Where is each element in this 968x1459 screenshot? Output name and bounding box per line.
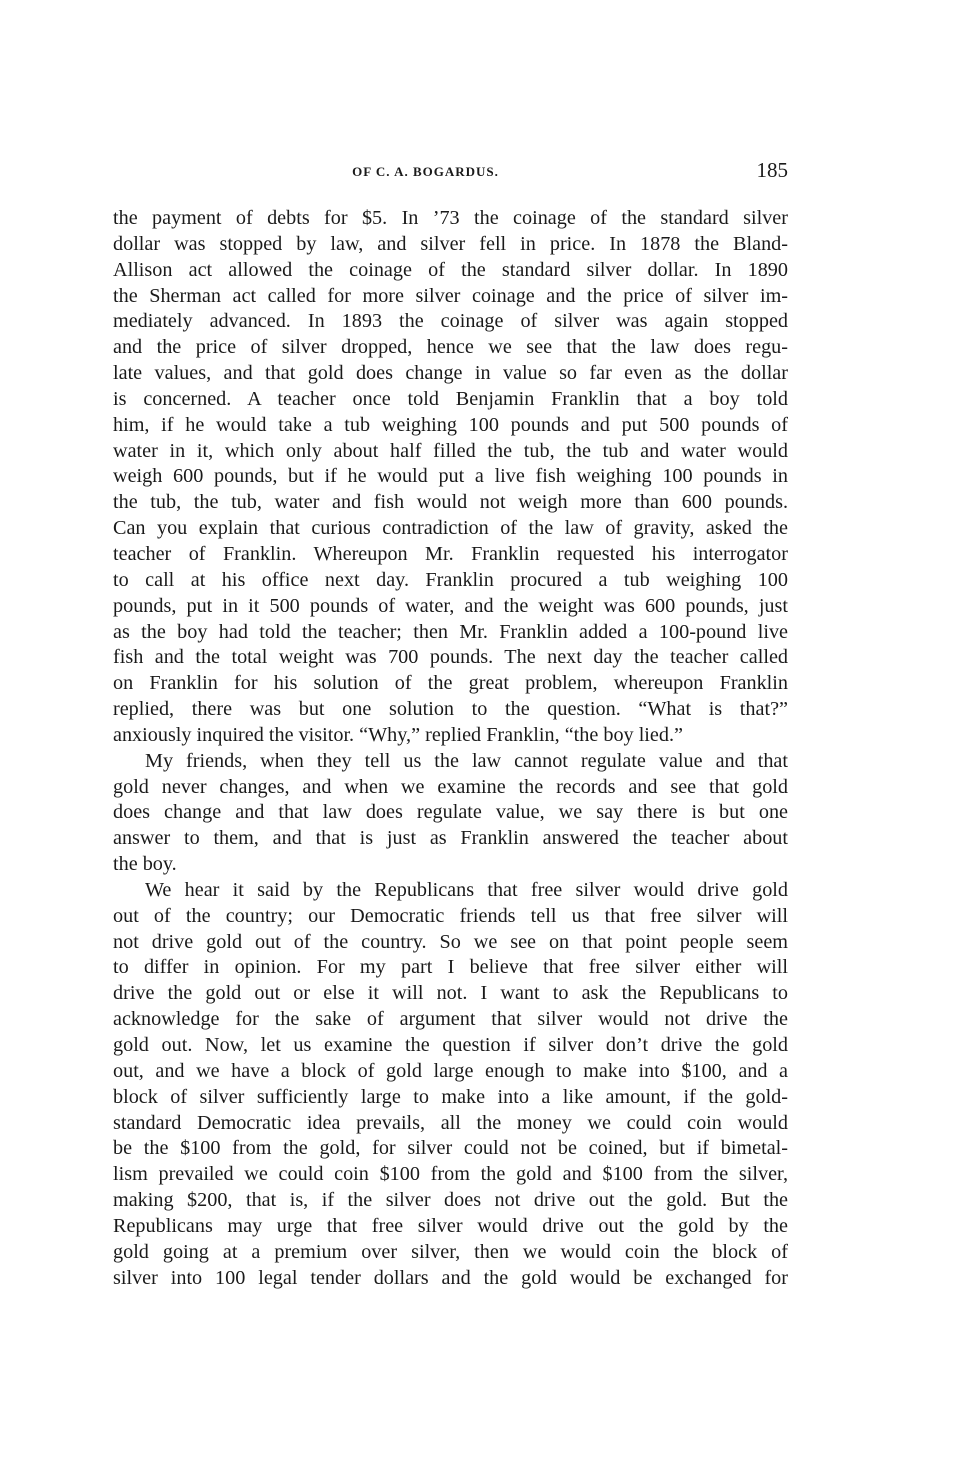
text-line: Republicans may urge that free silver wo…: [113, 1214, 788, 1240]
text-line: making $200, that is, if the silver does…: [113, 1188, 788, 1214]
text-line: him, if he would take a tub weighing 100…: [113, 413, 788, 439]
book-page: OF C. A. BOGARDUS. 185 the payment of de…: [113, 158, 788, 1291]
paragraph: We hear it said by the Republicans that …: [113, 878, 788, 1292]
text-line: and the price of silver dropped, hence w…: [113, 335, 788, 361]
text-line: to differ in opinion. For my part I beli…: [113, 955, 788, 981]
text-line: out, and we have a block of gold large e…: [113, 1059, 788, 1085]
running-title: OF C. A. BOGARDUS.: [113, 164, 788, 180]
text-line: teacher of Franklin. Whereupon Mr. Frank…: [113, 542, 788, 568]
text-line: block of silver sufficiently large to ma…: [113, 1085, 788, 1111]
text-line: out of the country; our Democratic frien…: [113, 904, 788, 930]
text-line: not drive gold out of the country. So we…: [113, 930, 788, 956]
text-line: Allison act allowed the coinage of the s…: [113, 258, 788, 284]
running-head: OF C. A. BOGARDUS. 185: [113, 158, 788, 188]
text-line: the Sherman act called for more silver c…: [113, 284, 788, 310]
text-line: gold going at a premium over silver, the…: [113, 1240, 788, 1266]
text-line: gold never changes, and when we examine …: [113, 775, 788, 801]
text-line: late values, and that gold does change i…: [113, 361, 788, 387]
page-number: 185: [757, 158, 789, 183]
text-line: the boy.: [113, 852, 788, 878]
text-line: the payment of debts for $5. In ’73 the …: [113, 206, 788, 232]
text-line: does change and that law does regulate v…: [113, 800, 788, 826]
text-line: pounds, put in it 500 pounds of water, a…: [113, 594, 788, 620]
text-line: lism prevailed we could coin $100 from t…: [113, 1162, 788, 1188]
body-text: the payment of debts for $5. In ’73 the …: [113, 206, 788, 1291]
text-line: be the $100 from the gold, for silver co…: [113, 1136, 788, 1162]
text-line: Can you explain that curious contradicti…: [113, 516, 788, 542]
text-line: to call at his office next day. Franklin…: [113, 568, 788, 594]
text-line: water in it, which only about half fille…: [113, 439, 788, 465]
text-line: is concerned. A teacher once told Benjam…: [113, 387, 788, 413]
text-line: fish and the total weight was 700 pounds…: [113, 645, 788, 671]
text-line: gold out. Now, let us examine the questi…: [113, 1033, 788, 1059]
text-line: My friends, when they tell us the law ca…: [113, 749, 788, 775]
text-line: anxiously inquired the visitor. “Why,” r…: [113, 723, 788, 749]
text-line: We hear it said by the Republicans that …: [113, 878, 788, 904]
text-line: standard Democratic idea prevails, all t…: [113, 1111, 788, 1137]
text-line: on Franklin for his solution of the grea…: [113, 671, 788, 697]
text-line: drive the gold out or else it will not. …: [113, 981, 788, 1007]
text-line: mediately advanced. In 1893 the coinage …: [113, 309, 788, 335]
paragraph: My friends, when they tell us the law ca…: [113, 749, 788, 878]
text-line: the tub, the tub, water and fish would n…: [113, 490, 788, 516]
text-line: acknowledge for the sake of argument tha…: [113, 1007, 788, 1033]
paragraph: the payment of debts for $5. In ’73 the …: [113, 206, 788, 749]
text-line: answer to them, and that is just as Fran…: [113, 826, 788, 852]
text-line: as the boy had told the teacher; then Mr…: [113, 620, 788, 646]
text-line: weigh 600 pounds, but if he would put a …: [113, 464, 788, 490]
text-line: dollar was stopped by law, and silver fe…: [113, 232, 788, 258]
text-line: silver into 100 legal tender dollars and…: [113, 1266, 788, 1292]
text-line: replied, there was but one solution to t…: [113, 697, 788, 723]
